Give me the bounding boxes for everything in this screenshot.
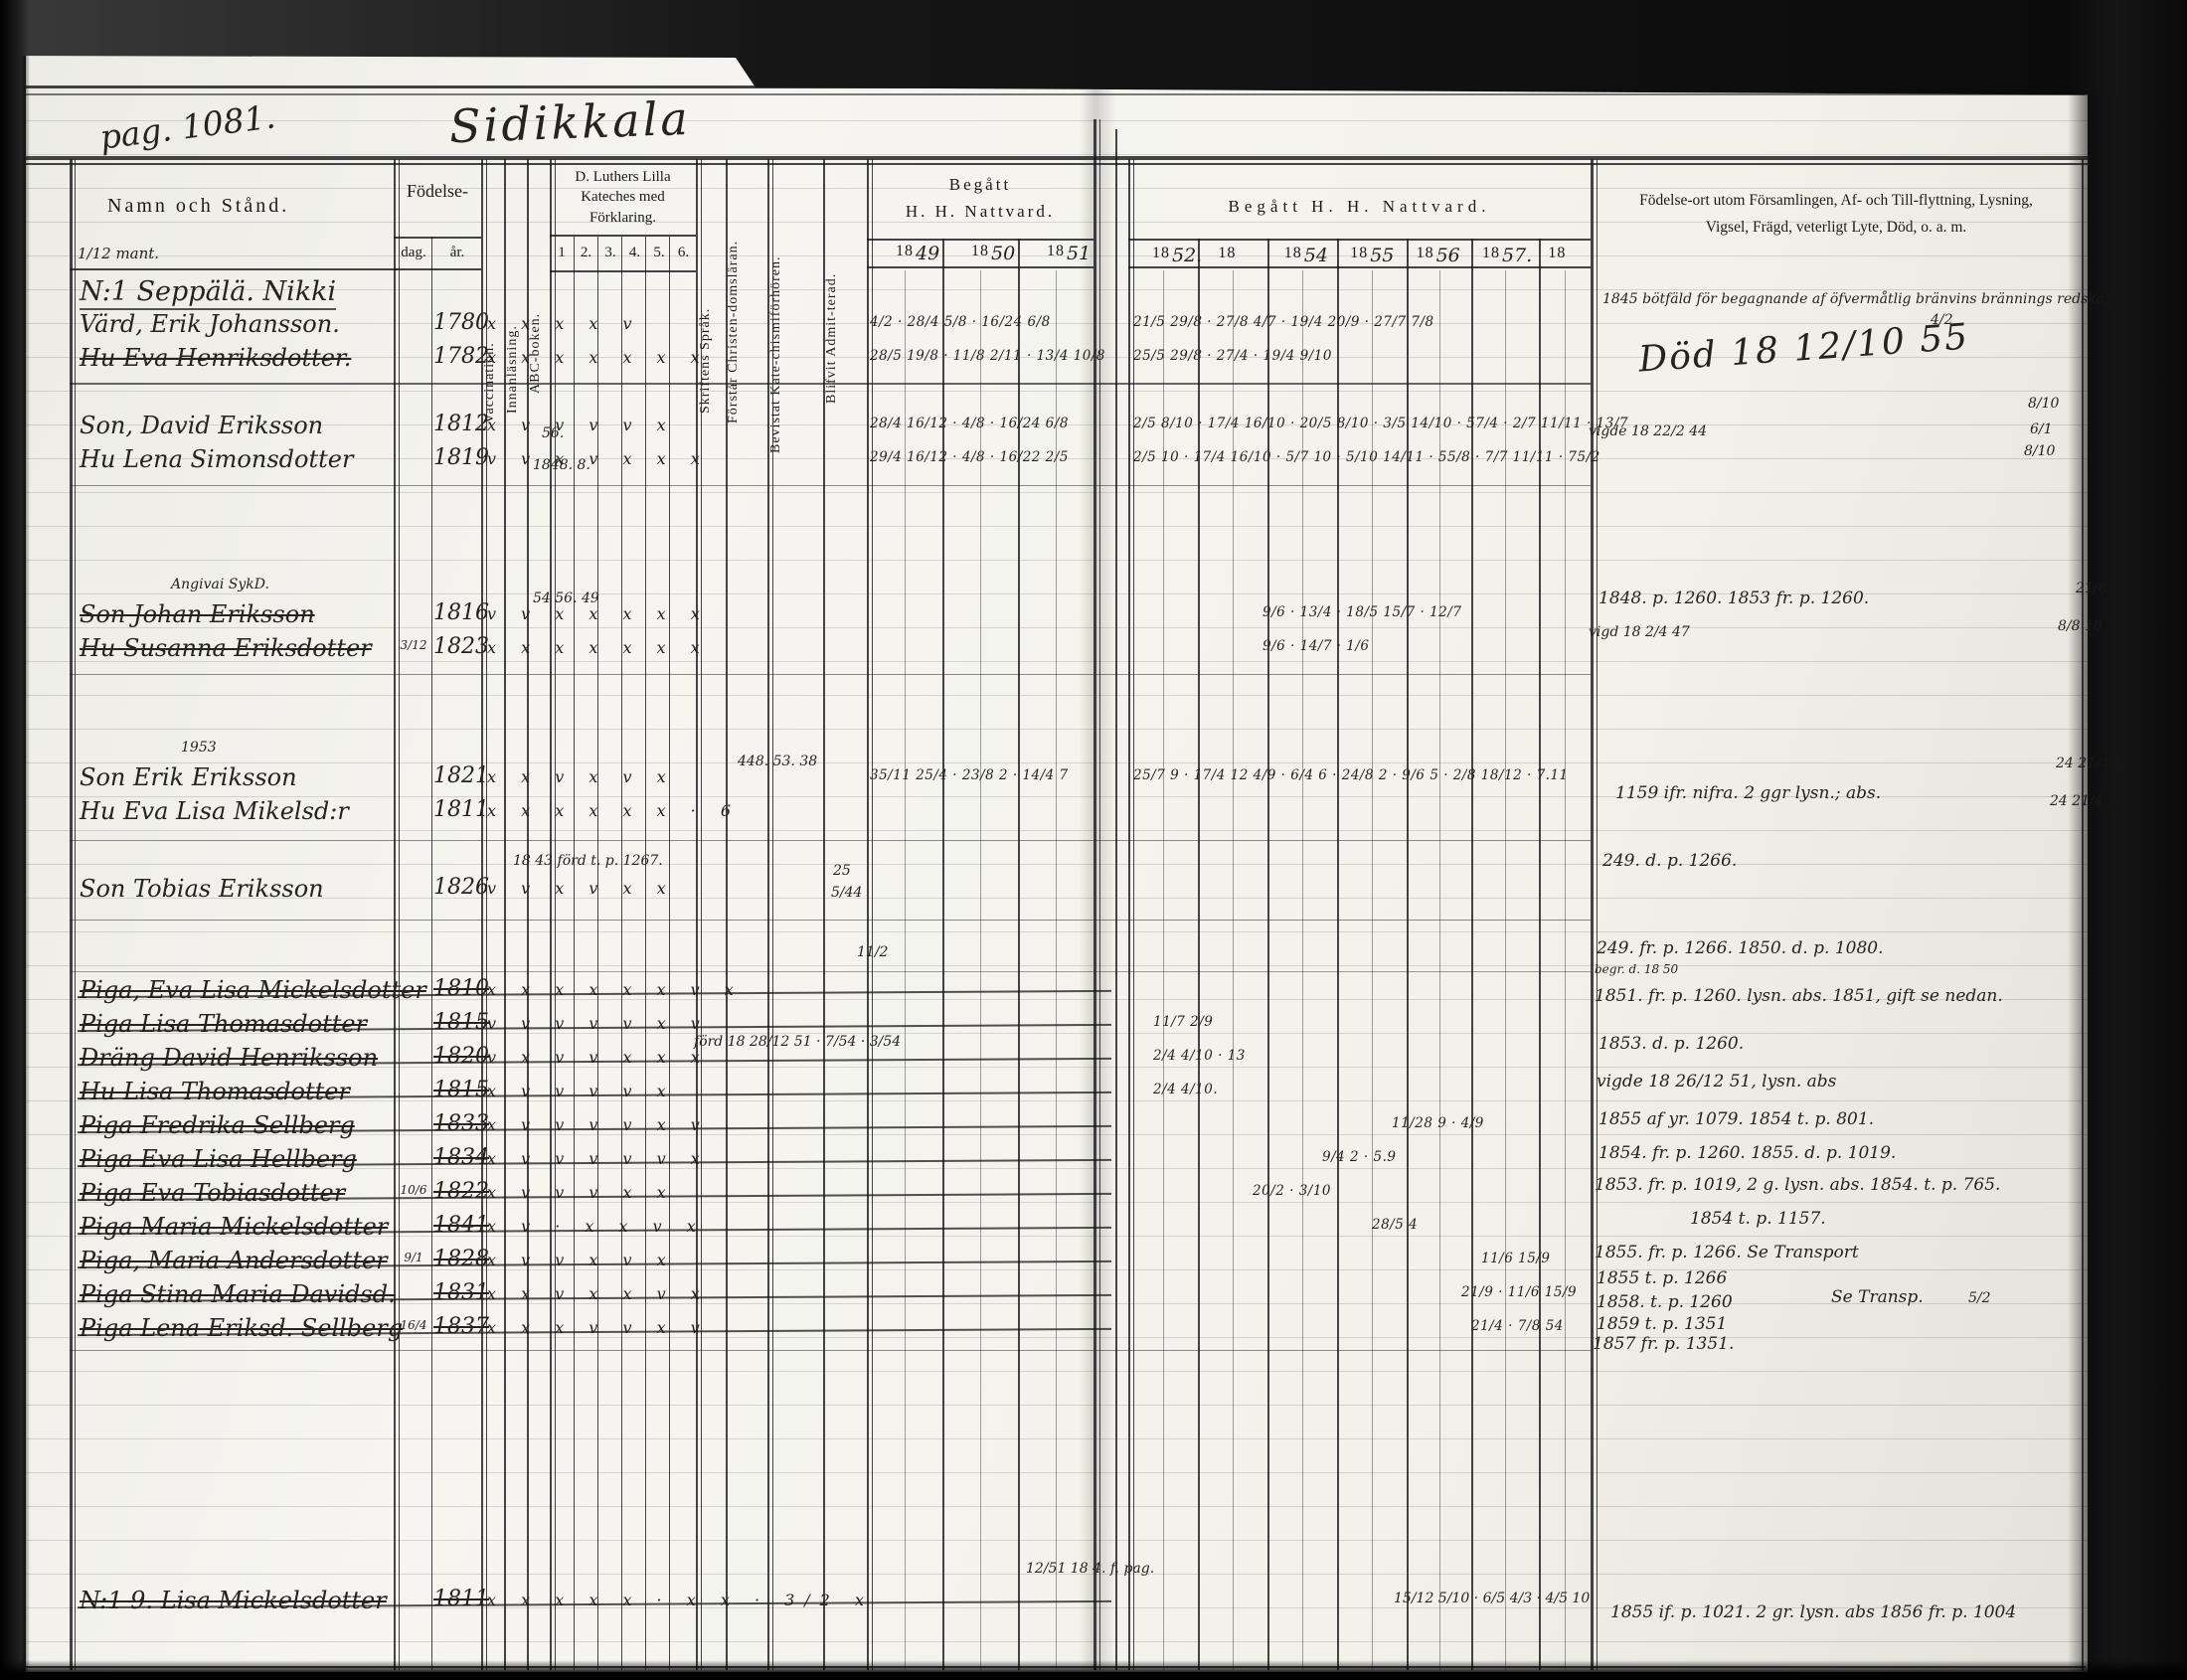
communion-dates-1852-58: 2/4 4/10. [1153, 1082, 1218, 1097]
reading-marks: x v v v v x [487, 1082, 676, 1100]
year-handwritten: 50 [991, 243, 1015, 264]
catechism-grade-label: 3. [598, 245, 622, 261]
annotation-note: 1848. 8. [533, 457, 590, 473]
communion-year-cell: 1855 [1326, 245, 1392, 262]
communion-dates-1852-58: 21/4 · 7/8 54 [1471, 1318, 1564, 1334]
person-name: Piga Lena Eriksd. Sellberg [80, 1314, 403, 1342]
communion-year-cell: 18 [1194, 245, 1260, 262]
person-name: N:1 9. Lisa Mickelsdotter [80, 1587, 387, 1614]
annotation-note: 11/2 [857, 944, 888, 960]
birth-year-value: 1833 [433, 1111, 489, 1136]
reading-marks: x x x x x x x [487, 348, 710, 367]
annotation-note: Angivai SykD. [171, 577, 269, 592]
annotation-note: 1855. fr. p. 1266. Se Transport [1595, 1243, 1859, 1262]
table-row: Piga, Maria Andersdotter 9/1 1828 x v v … [0, 1247, 2187, 1280]
col-header-birth: Födelse- [394, 181, 481, 202]
person-name: Piga Lisa Thomasdotter [80, 1010, 367, 1038]
annotation-note: 249. d. p. 1266. [1602, 851, 1737, 871]
scan-edge-bottom [0, 1660, 2187, 1680]
birth-year-value: 1837 [433, 1314, 489, 1339]
birth-day-value: 10/6 [396, 1183, 431, 1197]
catechism-grade-label: 1 [550, 245, 574, 261]
person-name: Son, David Eriksson [80, 412, 323, 439]
birth-year-value: 1810 [433, 976, 489, 1001]
table-row: Hu Lena Simonsdotter 1819 v v x v x x x … [0, 445, 2187, 479]
birth-year-value: 1831 [433, 1280, 489, 1305]
table-row: Piga Lena Eriksd. Sellberg 16/4 1837 x x… [0, 1314, 2187, 1348]
catechism-grade-label: 2. [575, 245, 598, 261]
communion-dates-1852-58: 11/28 9 · 4/9 [1392, 1115, 1484, 1131]
communion-dates-1852-58: 2/5 10 · 17/4 16/10 · 5/7 10 · 5/10 14/1… [1133, 449, 1600, 465]
reading-marks: x v v v v v x [487, 1149, 710, 1168]
annotation-note: begr. d. 18 50 [1595, 962, 1678, 976]
page-number: pag. 1081. [97, 96, 277, 156]
col-header-communion-1: Begått H. H. Nattvard. [867, 171, 1093, 225]
birth-year-value: 1782 [433, 344, 489, 369]
year-printed: 18 [1482, 245, 1500, 261]
communion-dates-1852-58: 11/6 15/9 [1481, 1251, 1550, 1266]
person-name: Hu Susanna Eriksdotter [80, 634, 372, 662]
year-printed: 18 [1218, 245, 1236, 261]
reading-marks: x x x x x x v x [487, 980, 744, 999]
col-header-catechism: D. Luthers Lilla Kateches med Förklaring… [550, 167, 696, 228]
reading-marks: v v v v v x v [487, 1014, 710, 1033]
annotation-note: 54 56. 49 [533, 590, 599, 606]
mantal-note: 1/12 mant. [78, 245, 159, 262]
table-row: Hu Lisa Thomasdotter 1815 x v v v v x 2/… [0, 1078, 2187, 1111]
reading-marks: x v v x v x [487, 1251, 676, 1269]
birth-year-value: 1826 [433, 875, 489, 900]
scan-edge-left [0, 0, 30, 1680]
annotation-note: 18 43 förd t. p. 1267. [513, 853, 663, 869]
birth-year-value: 1822 [433, 1179, 489, 1204]
person-name: Son Johan Eriksson [80, 600, 315, 628]
annotation-note: 1953 [181, 740, 217, 756]
birth-year-value: 1812 [433, 412, 489, 436]
communion-dates-1849-51: 28/4 16/12 · 4/8 · 16/24 6/8 [870, 416, 1069, 431]
annotation-note: 1858. t. p. 1260 [1597, 1292, 1733, 1312]
col-header-birth-day: dag. [396, 245, 431, 261]
annotation-note: 1848. p. 1260. 1853 fr. p. 1260. [1598, 588, 1869, 608]
person-name: Piga Stina Maria Davidsd. [80, 1280, 396, 1308]
col-header-notes: Födelse-ort utom Församlingen, Af- och T… [1598, 187, 2074, 241]
communion-dates-1849-51: 35/11 25/4 · 23/8 2 · 14/4 7 [870, 767, 1069, 783]
birth-year-value: 1811 [433, 797, 489, 822]
reading-marks: v v x v x x [487, 879, 676, 898]
annotation-note: 1857 fr. p. 1351. [1593, 1334, 1734, 1354]
reading-marks: x v v v x x [487, 1183, 676, 1202]
birth-year-value: 1820 [433, 1044, 489, 1069]
communion-year-cell: 1854 [1261, 245, 1326, 262]
reading-marks: x x x v v x v [487, 1318, 710, 1337]
annotation-note: 1855 af yr. 1079. 1854 t. p. 801. [1598, 1109, 1874, 1129]
birth-day-value: 16/4 [396, 1318, 431, 1332]
person-name: Värd, Erik Johansson. [80, 310, 340, 338]
reading-marks: v v x v x x x [487, 449, 710, 468]
birth-year-value: 1823 [433, 634, 489, 659]
birth-day-value: 3/12 [396, 638, 431, 652]
annotation-note: 15/12 5/10 · 6/5 4/3 · 4/5 10 [1394, 1591, 1590, 1606]
birth-year-value: 1811 [433, 1587, 489, 1611]
annotation-note: 1845 bötfäld för begagnande af öfvermåtl… [1602, 291, 2132, 307]
person-name: Hu Lena Simonsdotter [80, 445, 353, 473]
birth-year-value: 1780 [433, 310, 489, 335]
annotation-note: 5/2 [1968, 1290, 1991, 1306]
year-printed: 18 [1152, 245, 1170, 261]
annotation-note: 6/1 [2030, 421, 2053, 437]
annotation-note: 249. fr. p. 1266. 1850. d. p. 1080. [1597, 938, 1884, 958]
person-name: Hu Lisa Thomasdotter [80, 1078, 350, 1105]
annotation-note: 25 [833, 863, 851, 879]
reading-marks: x x x x x · x x · 3/2 x [487, 1591, 874, 1609]
annotation-note: 5/44 [831, 885, 862, 901]
reading-marks: x x x x x x x [487, 638, 710, 657]
catechism-grade-label: 5. [647, 245, 671, 261]
communion-year-cell: 1852. [1128, 245, 1194, 262]
year-printed: 18 [1548, 245, 1566, 261]
annotation-note: 448. 53. 38 [738, 754, 817, 769]
annotation-note: 1854 t. p. 1157. [1690, 1209, 1826, 1229]
person-name: Piga Fredrika Sellberg [80, 1111, 355, 1139]
year-handwritten: 56 [1436, 245, 1460, 266]
communion-dates-1852-58: 9/6 · 13/4 · 18/5 15/7 · 12/7 [1262, 604, 1461, 620]
annotation-note: vigd 18 2/4 47 [1589, 624, 1690, 640]
scan-edge-right [2068, 0, 2187, 1680]
communion-year-cell: 1850 [942, 243, 1018, 260]
birth-year-value: 1828 [433, 1247, 489, 1271]
table-row: Son, David Eriksson 1812 x v v v v x 28/… [0, 412, 2187, 445]
communion-dates-1852-58: 28/5 4 [1372, 1217, 1418, 1233]
person-name: Hu Eva Henriksdotter. [80, 344, 351, 372]
communion-dates-1852-58: 20/2 · 3/10 [1253, 1183, 1331, 1199]
communion-dates-1852-58: 2/4 4/10 · 13 [1153, 1048, 1246, 1064]
annotation-note: 1159 ifr. nifra. 2 ggr lysn.; abs. [1615, 783, 1881, 803]
person-name: Son Tobias Eriksson [80, 875, 324, 903]
person-name: Piga Eva Lisa Hellberg [80, 1145, 357, 1173]
year-handwritten: 55 [1370, 245, 1394, 266]
reading-marks: x x v x x v x [487, 1284, 710, 1303]
person-name: Son Erik Eriksson [80, 763, 297, 791]
birth-year-value: 1821 [433, 763, 489, 788]
annotation-note: 56. [542, 425, 564, 441]
reading-marks: x v · x x v x [487, 1217, 706, 1236]
communion-dates-1852-58: 25/5 29/8 · 27/4 · 19/4 9/10 [1133, 348, 1332, 364]
annotation-note: 8/10 [2028, 396, 2059, 412]
year-printed: 18 [1350, 245, 1368, 261]
year-printed: 18 [1047, 243, 1065, 259]
annotation-note: 1853. d. p. 1260. [1598, 1034, 1744, 1054]
table-row: Hu Susanna Eriksdotter 3/12 1823 x x x x… [0, 634, 2187, 668]
reading-marks: v v x x x x x [487, 604, 710, 623]
annotation-note: 1854. fr. p. 1260. 1855. d. p. 1019. [1598, 1143, 1896, 1163]
person-name: Piga, Maria Andersdotter [80, 1247, 388, 1274]
birth-year-value: 1815 [433, 1010, 489, 1035]
person-name: Dräng David Henriksson [80, 1044, 378, 1072]
birth-year-value: 1841 [433, 1213, 489, 1238]
communion-dates-1852-58: 9/4 2 · 5.9 [1322, 1149, 1396, 1165]
person-name: Piga Eva Tobiasdotter [80, 1179, 345, 1207]
year-handwritten: 49 [916, 243, 939, 264]
communion-dates-1852-58: 25/7 9 · 17/4 12 4/9 · 6/4 6 · 24/8 2 · … [1133, 767, 1569, 783]
annotation-note: 1855 if. p. 1021. 2 gr. lysn. abs 1856 f… [1610, 1602, 2016, 1622]
col-header-birth-year: år. [435, 245, 479, 261]
annotation-note: 1859 t. p. 1351 [1597, 1314, 1727, 1334]
catechism-grade-label: 4. [623, 245, 647, 261]
annotation-note: 1853. fr. p. 1019, 2 g. lysn. abs. 1854.… [1595, 1175, 2000, 1195]
reading-marks: v x v v x x x [487, 1048, 710, 1067]
communion-dates-1852-58: 2/5 8/10 · 17/4 16/10 · 20/5 8/10 · 3/5 … [1133, 416, 1628, 431]
catechism-grade-label: 6. [672, 245, 696, 261]
reading-marks: x v v v v x v [487, 1115, 710, 1134]
communion-year-cell: 1851 [1018, 243, 1093, 260]
year-printed: 18 [1284, 245, 1302, 261]
annotation-note: 12/51 18 4. f. pag. [1026, 1561, 1154, 1577]
year-printed: 18 [896, 243, 914, 259]
communion-dates-1852-58: 21/5 29/8 · 27/8 4/7 · 19/4 20/9 · 27/7 … [1133, 314, 1434, 330]
birth-day-value: 9/1 [396, 1251, 431, 1264]
communion-year-cell: 1856 [1393, 245, 1458, 262]
table-row: Son Tobias Eriksson 1826 v v x v x x [0, 875, 2187, 909]
year-printed: 18 [971, 243, 989, 259]
communion-dates-1852-58: 11/7 2/9 [1153, 1014, 1213, 1030]
annotation-note: 1855 t. p. 1266 [1597, 1268, 1727, 1288]
birth-year-value: 1816 [433, 600, 489, 625]
annotation-note: vigde 18 26/12 51, lysn. abs [1597, 1072, 1836, 1092]
annotation-note: Se Transp. [1831, 1287, 1924, 1307]
person-name: Hu Eva Lisa Mikelsd:r [80, 797, 349, 825]
annotation-note: förd 18 28/12 51 · 7/54 · 3/54 [694, 1034, 901, 1050]
year-handwritten: 54 [1304, 245, 1328, 266]
year-handwritten: 51 [1067, 243, 1091, 264]
table-row: Piga Lisa Thomasdotter 1815 v v v v v x … [0, 1010, 2187, 1044]
scanned-ledger-page: pag. 1081. Sidikkala 1/12 mant. Namn och… [0, 0, 2187, 1680]
year-printed: 18 [1417, 245, 1434, 261]
birth-year-value: 1834 [433, 1145, 489, 1170]
communion-dates-1849-51: 28/5 19/8 · 11/8 2/11 · 13/4 10/8 [870, 348, 1105, 364]
communion-dates-1849-51: 4/2 · 28/4 5/8 · 16/24 6/8 [870, 314, 1051, 330]
person-name: Piga Maria Mickelsdotter [80, 1213, 388, 1241]
communion-dates-1852-58: 21/9 · 11/6 15/9 [1461, 1284, 1577, 1300]
village-title: Sidikkala [448, 91, 691, 153]
annotation-note: vigde 18 22/2 44 [1589, 423, 1707, 439]
reading-marks: x v v v v x [487, 416, 676, 434]
birth-year-value: 1815 [433, 1078, 489, 1102]
person-name: Piga, Eva Lisa Mickelsdotter [80, 976, 426, 1004]
annotation-note: 1851. fr. p. 1260. lysn. abs. 1851, gift… [1595, 986, 2003, 1006]
reading-marks: x x x x x x · 6 [487, 801, 741, 820]
annotation-note: 8/10 [2024, 443, 2055, 459]
reading-marks: x x v x v x [487, 767, 676, 786]
communion-year-cell: 1857. [1458, 245, 1524, 262]
birth-year-value: 1819 [433, 445, 489, 470]
table-row: Piga Maria Mickelsdotter 1841 x v · x x … [0, 1213, 2187, 1247]
col-header-communion-2: Begått H. H. Nattvard. [1128, 197, 1591, 217]
communion-year-cell: 18 [1524, 245, 1590, 262]
reading-marks: x x x x v [487, 314, 641, 333]
person-name: N:1 Seppälä. Nikki [80, 276, 336, 310]
col-header-name: Namn och Stånd. [107, 195, 289, 218]
communion-dates-1849-51: 29/4 16/12 · 4/8 · 16/22 2/5 [870, 449, 1069, 465]
communion-year-cell: 1849 [867, 243, 942, 260]
communion-dates-1852-58: 9/6 · 14/7 · 1/6 [1262, 638, 1370, 654]
table-row: Dräng David Henriksson 1820 v x v v x x … [0, 1044, 2187, 1078]
